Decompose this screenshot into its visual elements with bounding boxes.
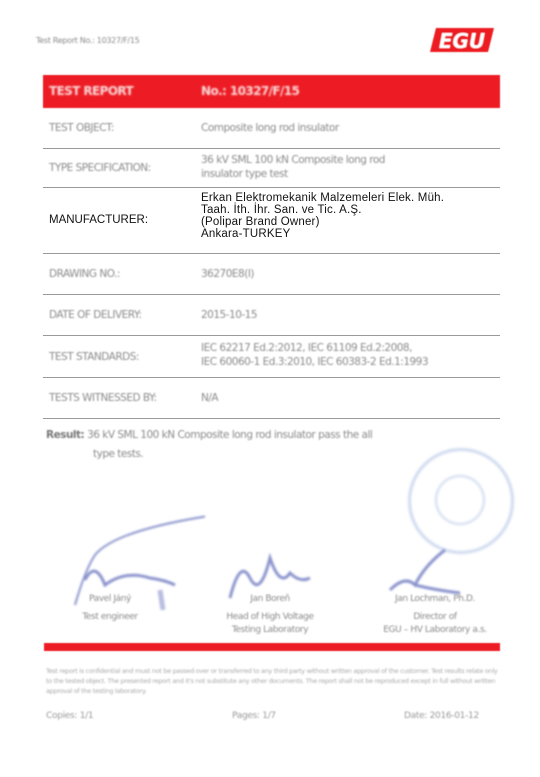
- signatory-name: Jan Boreň: [195, 594, 345, 604]
- svg-text:EGU: EGU: [439, 29, 485, 53]
- field-row-manufacturer: MANUFACTURER: Erkan Elektromekanik Malze…: [43, 188, 500, 254]
- field-label: DRAWING NO.:: [49, 268, 120, 280]
- report-title: TEST REPORT: [49, 84, 133, 98]
- field-label: TEST STANDARDS:: [49, 351, 139, 363]
- result-text: 36 kV SML 100 kN Composite long rod insu…: [87, 429, 372, 441]
- field-value: Composite long rod insulator: [201, 121, 339, 135]
- date-info: Date: 2016-01-12: [404, 711, 479, 721]
- field-row-tests-witnessed-by: TESTS WITNESSED BY: N/A: [43, 378, 500, 419]
- report-number: No.: 10327/F/15: [201, 84, 299, 98]
- result-label: Result:: [46, 429, 84, 441]
- field-row-type-specification: TYPE SPECIFICATION: 36 kV SML 100 kN Com…: [43, 149, 500, 188]
- field-value: 36270E8(I): [201, 267, 254, 281]
- field-value: Erkan Elektromekanik Malzemeleri Elek. M…: [201, 192, 444, 240]
- egu-logo-icon: EGU: [428, 26, 496, 54]
- signatory-role: Director of EGU – HV Laboratory a.s.: [355, 611, 515, 637]
- field-label: DATE OF DELIVERY:: [49, 309, 141, 321]
- field-row-date-of-delivery: DATE OF DELIVERY: 2015-10-15: [43, 295, 500, 336]
- signatory-role: Test engineer: [30, 611, 190, 624]
- copies-info: Copies: 1/1: [46, 711, 93, 721]
- field-value: N/A: [201, 391, 218, 405]
- signatory-role: Head of High Voltage Testing Laboratory: [190, 611, 350, 637]
- report-details-table: TEST OBJECT: Composite long rod insulato…: [43, 108, 500, 419]
- field-row-test-standards: TEST STANDARDS: IEC 62217 Ed.2:2012, IEC…: [43, 336, 500, 378]
- field-value: 2015-10-15: [201, 308, 257, 322]
- signatory-name: Jan Lochman, Ph.D.: [360, 594, 510, 604]
- signature-3-icon: [385, 545, 465, 595]
- footer-divider: [44, 643, 500, 651]
- signatory-name: Pavel Jáný: [35, 594, 185, 604]
- field-value: 36 kV SML 100 kN Composite long rod insu…: [201, 153, 385, 181]
- report-reference: Test Report No.: 10327/F/15: [36, 36, 139, 45]
- field-value: IEC 62217 Ed.2:2012, IEC 61109 Ed.2:2008…: [201, 341, 428, 369]
- confidentiality-note: Test report is confidential and must not…: [46, 666, 498, 696]
- pages-info: Pages: 1/7: [232, 711, 276, 721]
- field-label: TEST OBJECT:: [49, 122, 114, 134]
- field-row-drawing-no: DRAWING NO.: 36270E8(I): [43, 254, 500, 295]
- field-label: TESTS WITNESSED BY:: [49, 392, 157, 404]
- field-label: TYPE SPECIFICATION:: [49, 162, 151, 174]
- field-row-test-object: TEST OBJECT: Composite long rod insulato…: [43, 108, 500, 149]
- title-bar: TEST REPORT No.: 10327/F/15: [43, 75, 500, 108]
- laboratory-stamp-icon: [408, 448, 514, 554]
- field-label: MANUFACTURER:: [49, 214, 148, 226]
